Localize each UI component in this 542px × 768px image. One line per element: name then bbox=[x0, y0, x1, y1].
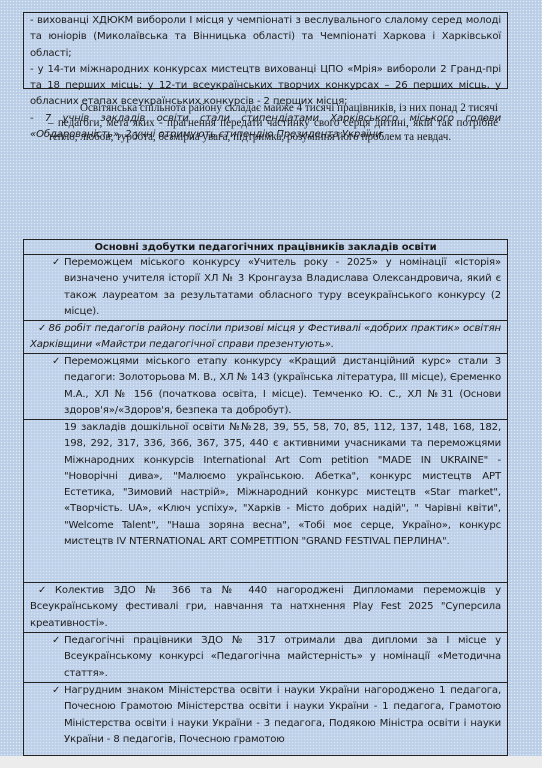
intro-paragraph: Освітянська спільнота району складає май… bbox=[48, 101, 498, 145]
check-icon: ✓ bbox=[52, 354, 60, 370]
check-icon: ✓ bbox=[52, 255, 60, 271]
row-text: Переможцем міського конкурсу «Учитель ро… bbox=[64, 257, 501, 317]
page-bottom-margin bbox=[0, 756, 542, 768]
check-icon: ✓ bbox=[52, 633, 60, 649]
row-text: Колектив ЗДО № 366 та № 440 нагороджені … bbox=[30, 585, 501, 629]
check-icon: ✓ bbox=[52, 683, 60, 699]
row-text: 19 закладів дошкільної освіти №№28, 39, … bbox=[64, 422, 501, 547]
table-row: ✓Колектив ЗДО № 366 та № 440 нагороджені… bbox=[24, 583, 507, 633]
student-achievements-box: - вихованці ХДЮКМ вибороли І місця у чем… bbox=[23, 12, 508, 89]
table-row: ✓ Переможцями міського етапу конкурсу «К… bbox=[24, 354, 507, 420]
row-text: Переможцями міського етапу конкурсу «Кра… bbox=[64, 356, 501, 416]
row-text: Педагогічні працівники ЗДО № 317 отримал… bbox=[64, 635, 501, 679]
achievement-paragraph: - вихованці ХДЮКМ вибороли І місця у чем… bbox=[30, 13, 501, 62]
table-row: ✓ Педагогічні працівники ЗДО № 317 отрим… bbox=[24, 633, 507, 683]
row-text: 86 робіт педагогів району посіли призові… bbox=[30, 323, 501, 350]
table-row: ✓ Нагрудним знаком Міністерства освіти і… bbox=[24, 683, 507, 757]
table-row: ✓ Переможцем міського конкурсу «Учитель … bbox=[24, 255, 507, 321]
check-icon: ✓ bbox=[38, 323, 47, 334]
row-text: Нагрудним знаком Міністерства освіти і н… bbox=[64, 685, 501, 745]
teacher-achievements-table: Основні здобутки педагогічних працівникі… bbox=[23, 239, 508, 756]
check-icon: ✓ bbox=[38, 585, 53, 596]
table-header: Основні здобутки педагогічних працівникі… bbox=[24, 240, 507, 255]
table-row: 19 закладів дошкільної освіти №№28, 39, … bbox=[24, 420, 507, 583]
table-row: ✓86 робіт педагогів району посіли призов… bbox=[24, 321, 507, 354]
